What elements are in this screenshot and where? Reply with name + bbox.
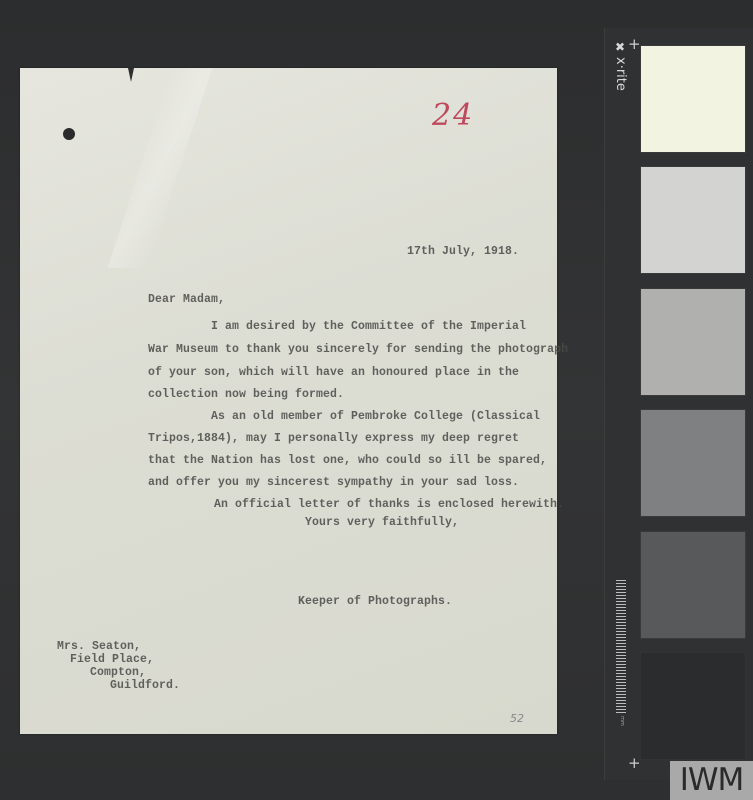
xrite-logo-icon: ✖ [613,40,627,54]
color-calibration-card: ✖x·rite + mm + [604,28,753,780]
brand-label: ✖x·rite [613,40,628,91]
paper-tear [128,68,134,82]
letter-page: 24 17th July, 1918. Dear Madam, I am des… [20,68,557,734]
color-patch-black [640,652,746,760]
color-patch-dark-gray [640,531,746,639]
punch-hole [63,128,75,140]
color-patch-mid-gray [640,288,746,396]
address-line: Guildford. [110,679,180,692]
color-patch-light-gray [640,166,746,274]
body-line: and offer you my sincerest sympathy in y… [148,476,519,489]
salutation: Dear Madam, [148,293,225,306]
body-line: War Museum to thank you sincerely for se… [148,343,568,356]
signature-title: Keeper of Photographs. [298,595,452,608]
body-line: collection now being formed. [148,388,344,401]
body-line: An official letter of thanks is enclosed… [214,498,564,511]
crosshair-icon: + [628,756,641,771]
body-line: Tripos,1884), may I personally express m… [148,432,519,445]
address-line: Field Place, [70,653,154,666]
closing: Yours very faithfully, [305,516,459,529]
address-line: Compton, [90,666,146,679]
body-line: I am desired by the Committee of the Imp… [211,320,526,333]
folio-number: 24 [432,98,474,133]
iwm-watermark: IWM [670,761,753,800]
address-line: Mrs. Seaton, [57,640,141,653]
body-line: As an old member of Pembroke College (Cl… [211,410,540,423]
color-patch-white [640,45,746,153]
scale-ruler [616,580,626,715]
ruler-unit-label: mm [619,716,625,726]
body-line: that the Nation has lost one, who could … [148,454,547,467]
body-line: of your son, which will have an honoured… [148,366,519,379]
page-number: 52 [510,712,524,725]
color-patch-gray [640,409,746,517]
paper-fold-mark [108,68,213,268]
crosshair-icon: + [628,37,641,52]
brand-text: x·rite [613,57,628,91]
letter-date: 17th July, 1918. [407,245,519,258]
